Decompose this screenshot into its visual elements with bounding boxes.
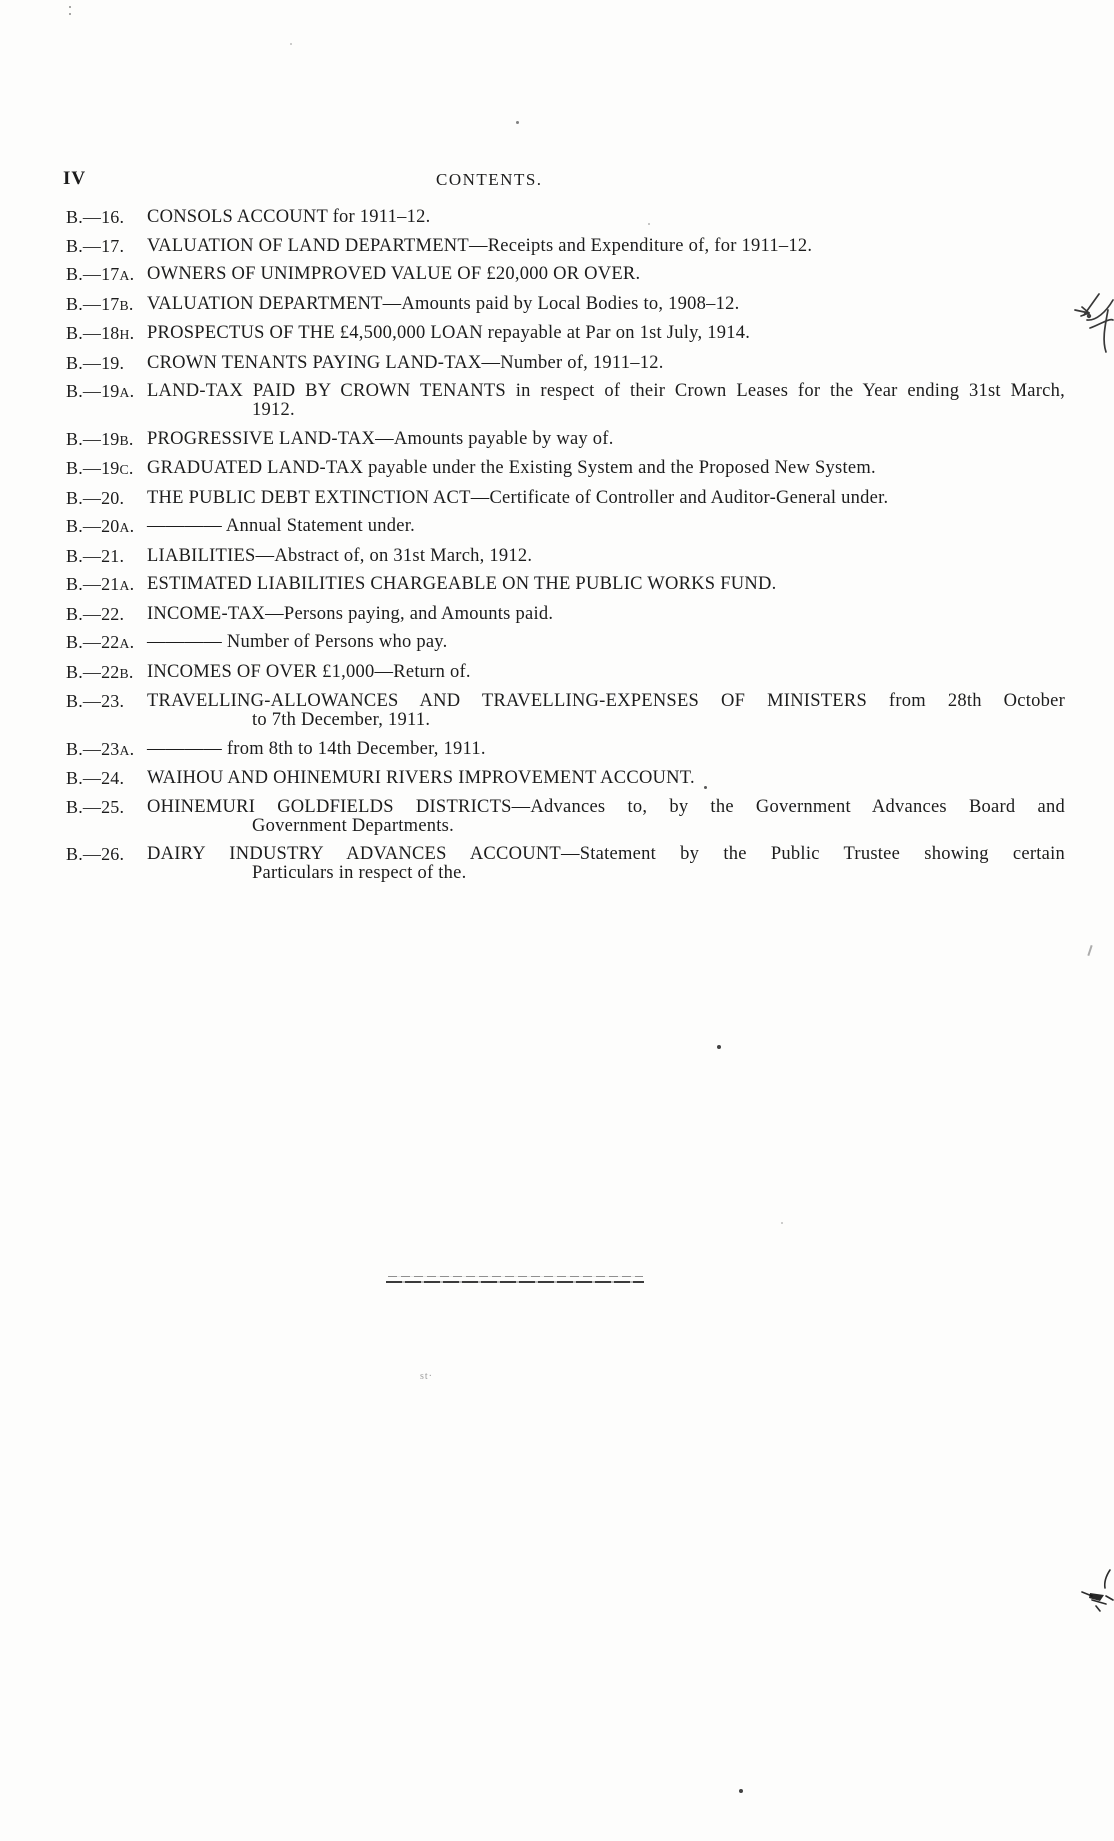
contents-entry: B.—25.OHINEMURI GOLDFIELDS DISTRICTS—Adv… [66,798,1065,836]
contents-entry: B.—19.CROWN TENANTS PAYING LAND-TAX—Numb… [66,354,1065,373]
entry-title: TRAVELLING-ALLOWANCES AND TRAVELLING-EXP… [147,692,1065,730]
entry-label: B.—23. [66,692,147,730]
entry-title-line: THE PUBLIC DEBT EXTINCTION ACT—Certifica… [147,489,1065,508]
contents-entry: B.—23.TRAVELLING-ALLOWANCES AND TRAVELLI… [66,692,1065,730]
entry-label-suffix: A [120,385,130,400]
scan-speck [739,1789,743,1793]
page-number: IV [63,168,86,190]
entry-title: INCOME-TAX—Persons paying, and Amounts p… [147,605,1065,624]
entry-label: B.—19A. [66,382,147,420]
scan-speck [717,1045,721,1049]
entry-label-suffix: A [120,636,130,651]
entry-title-line: PROSPECTUS OF THE £4,500,000 LOAN repaya… [147,324,1065,343]
entry-label: B.—19. [66,354,147,373]
entry-label: B.—19C. [66,459,147,479]
entry-title: PROGRESSIVE LAND-TAX—Amounts payable by … [147,430,1065,450]
entry-title: VALUATION DEPARTMENT—Amounts paid by Loc… [147,295,1065,315]
entry-title: LIABILITIES—Abstract of, on 31st March, … [147,547,1065,566]
contents-entry: B.—21.LIABILITIES—Abstract of, on 31st M… [66,547,1065,566]
entry-title-line: LAND-TAX PAID BY CROWN TENANTS in respec… [147,382,1065,401]
entry-title-line: ESTIMATED LIABILITIES CHARGEABLE ON THE … [147,575,1065,594]
contents-entry: B.—17B.VALUATION DEPARTMENT—Amounts paid… [66,295,1065,315]
entry-title-line: ———— Annual Statement under. [147,517,1065,536]
entry-label: B.—25. [66,798,147,836]
entry-label-suffix: C [120,462,129,477]
entry-label: B.—17. [66,237,147,256]
entry-title-line: WAIHOU AND OHINEMURI RIVERS IMPROVEMENT … [147,769,1065,788]
scan-speck [516,121,519,124]
entry-label-suffix: B [120,298,129,313]
entry-title-line: VALUATION OF LAND DEPARTMENT—Receipts an… [147,237,1065,256]
entry-label: B.—17A. [66,265,147,285]
entry-title-line: DAIRY INDUSTRY ADVANCES ACCOUNT—Statemen… [147,845,1065,864]
faint-slash-mark [1087,945,1092,956]
entry-title-line: INCOME-TAX—Persons paying, and Amounts p… [147,605,1065,624]
contents-entry: B.—23A.———— from 8th to 14th December, 1… [66,740,1065,760]
scan-speck [69,13,71,15]
entry-title: PROSPECTUS OF THE £4,500,000 LOAN repaya… [147,324,1065,344]
contents-entry: B.—19B.PROGRESSIVE LAND-TAX—Amounts paya… [66,430,1065,450]
entry-title: ———— from 8th to 14th December, 1911. [147,740,1065,760]
contents-entry: B.—20.THE PUBLIC DEBT EXTINCTION ACT—Cer… [66,489,1065,508]
entry-title: VALUATION OF LAND DEPARTMENT—Receipts an… [147,237,1065,256]
contents-entry: B.—22B.INCOMES OF OVER £1,000—Return of. [66,663,1065,683]
handwritten-mark-upper-right [1072,292,1114,356]
entry-label: B.—21. [66,547,147,566]
entry-title-continuation: Particulars in respect of the. [147,864,1065,883]
entry-label-suffix: A [120,743,130,758]
entry-title-line: CONSOLS ACCOUNT for 1911–12. [147,208,1065,227]
divider-rule-bottom [386,1281,644,1283]
divider-rule-top [388,1276,643,1277]
entry-title-line: OWNERS OF UNIMPROVED VALUE OF £20,000 OR… [147,265,1065,284]
contents-entry: B.—18H.PROSPECTUS OF THE £4,500,000 LOAN… [66,324,1065,344]
entry-label-suffix: H [120,327,130,342]
entry-title: ———— Number of Persons who pay. [147,633,1065,653]
contents-entry: B.—22.INCOME-TAX—Persons paying, and Amo… [66,605,1065,624]
entry-label-suffix: A [120,268,130,283]
scan-speck [290,43,292,45]
contents-entry: B.—16.CONSOLS ACCOUNT for 1911–12. [66,208,1065,227]
entry-title: WAIHOU AND OHINEMURI RIVERS IMPROVEMENT … [147,769,1065,788]
entry-title-line: CROWN TENANTS PAYING LAND-TAX—Number of,… [147,354,1065,373]
entry-label: B.—16. [66,208,147,227]
entry-label-suffix: A [120,578,130,593]
entry-title: ———— Annual Statement under. [147,517,1065,537]
entry-label: B.—23A. [66,740,147,760]
entry-title: GRADUATED LAND-TAX payable under the Exi… [147,459,1065,479]
entry-title-line: VALUATION DEPARTMENT—Amounts paid by Loc… [147,295,1065,314]
entry-label-suffix: B [120,433,129,448]
contents-entry: B.—19A.LAND-TAX PAID BY CROWN TENANTS in… [66,382,1065,420]
entry-label: B.—22. [66,605,147,624]
scanned-document-page: IV CONTENTS. B.—16.CONSOLS ACCOUNT for 1… [0,0,1114,1841]
contents-entry: B.—17A.OWNERS OF UNIMPROVED VALUE OF £20… [66,265,1065,285]
entry-title: OWNERS OF UNIMPROVED VALUE OF £20,000 OR… [147,265,1065,285]
contents-entry: B.—20A.———— Annual Statement under. [66,517,1065,537]
entry-label-suffix: B [120,666,129,681]
contents-entry: B.—26.DAIRY INDUSTRY ADVANCES ACCOUNT—St… [66,845,1065,883]
entry-title: OHINEMURI GOLDFIELDS DISTRICTS—Advances … [147,798,1065,836]
entry-title: ESTIMATED LIABILITIES CHARGEABLE ON THE … [147,575,1065,595]
entry-title-line: INCOMES OF OVER £1,000—Return of. [147,663,1065,682]
entry-title-continuation: Government Departments. [147,817,1065,836]
entry-title: LAND-TAX PAID BY CROWN TENANTS in respec… [147,382,1065,420]
entry-label: B.—21A. [66,575,147,595]
entry-title-line: PROGRESSIVE LAND-TAX—Amounts payable by … [147,430,1065,449]
contents-entry: B.—17.VALUATION OF LAND DEPARTMENT—Recei… [66,237,1065,256]
entry-label-suffix: A [120,520,130,535]
contents-entry: B.—22A.———— Number of Persons who pay. [66,633,1065,653]
entry-title: THE PUBLIC DEBT EXTINCTION ACT—Certifica… [147,489,1065,508]
contents-entry: B.—19C.GRADUATED LAND-TAX payable under … [66,459,1065,479]
entry-label: B.—20A. [66,517,147,537]
entry-title: INCOMES OF OVER £1,000—Return of. [147,663,1065,683]
entry-title-line: LIABILITIES—Abstract of, on 31st March, … [147,547,1065,566]
entry-title-line: GRADUATED LAND-TAX payable under the Exi… [147,459,1065,478]
entry-label: B.—26. [66,845,147,883]
entry-label: B.—22B. [66,663,147,683]
entry-title-line: ———— Number of Persons who pay. [147,633,1065,652]
entry-title: CROWN TENANTS PAYING LAND-TAX—Number of,… [147,354,1065,373]
entry-label: B.—20. [66,489,147,508]
entry-title-line: TRAVELLING-ALLOWANCES AND TRAVELLING-EXP… [147,692,1065,711]
entry-title: CONSOLS ACCOUNT for 1911–12. [147,208,1065,227]
entry-label: B.—19B. [66,430,147,450]
scan-speck [781,1222,783,1224]
page-title: CONTENTS. [436,170,543,190]
scan-speck [648,223,650,225]
contents-entry: B.—21A.ESTIMATED LIABILITIES CHARGEABLE … [66,575,1065,595]
scan-speck [704,786,707,789]
entry-title-continuation: 1912. [147,401,1065,420]
handwritten-mark-lower-right [1076,1566,1114,1622]
entry-label: B.—24. [66,769,147,788]
entry-title-line: ———— from 8th to 14th December, 1911. [147,740,1065,759]
contents-list: B.—16.CONSOLS ACCOUNT for 1911–12.B.—17.… [66,208,1065,893]
entry-label: B.—22A. [66,633,147,653]
contents-entry: B.—24.WAIHOU AND OHINEMURI RIVERS IMPROV… [66,769,1065,788]
entry-title-line: OHINEMURI GOLDFIELDS DISTRICTS—Advances … [147,798,1065,817]
scan-speck [69,6,71,8]
scan-faint-text: st· [420,1371,433,1382]
entry-label: B.—18H. [66,324,147,344]
entry-label: B.—17B. [66,295,147,315]
entry-title-continuation: to 7th December, 1911. [147,711,1065,730]
entry-title: DAIRY INDUSTRY ADVANCES ACCOUNT—Statemen… [147,845,1065,883]
